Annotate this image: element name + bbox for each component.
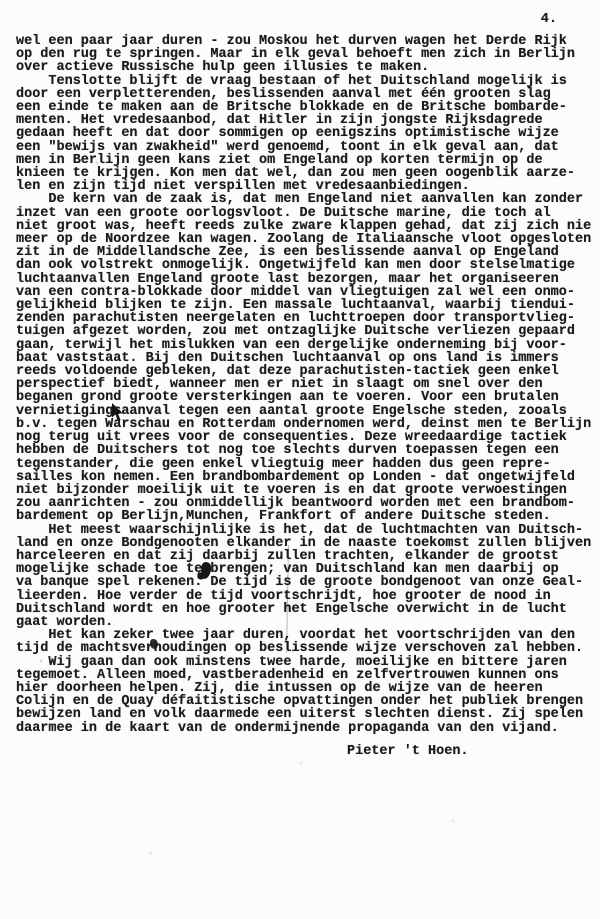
paragraph-3: De kern van de zaak is, dat men Engeland… [16,193,591,523]
paragraph-5: Het kan zeker twee jaar duren, voordat h… [16,629,591,655]
overinked-character-mark [150,639,158,649]
typewritten-document-page: 4. wel een paar jaar duren - zou Moskou … [0,0,600,919]
scan-noise-speckles [0,0,2,2]
paragraph-6: Wij gaan dan ook minstens twee harde, mo… [16,656,591,735]
paragraph-1: wel een paar jaar duren - zou Moskou het… [16,35,591,75]
signature: Pieter 't Hoen. [16,745,591,758]
document-body: wel een paar jaar duren - zou Moskou het… [16,35,591,758]
paragraph-4: Het meest waarschijnlijke is het, dat de… [16,524,591,630]
paragraph-2: Tenslotte blijft de vraag bestaan of het… [16,75,591,194]
mouse-cursor-icon [111,403,125,422]
page-number: 4. [541,12,557,27]
